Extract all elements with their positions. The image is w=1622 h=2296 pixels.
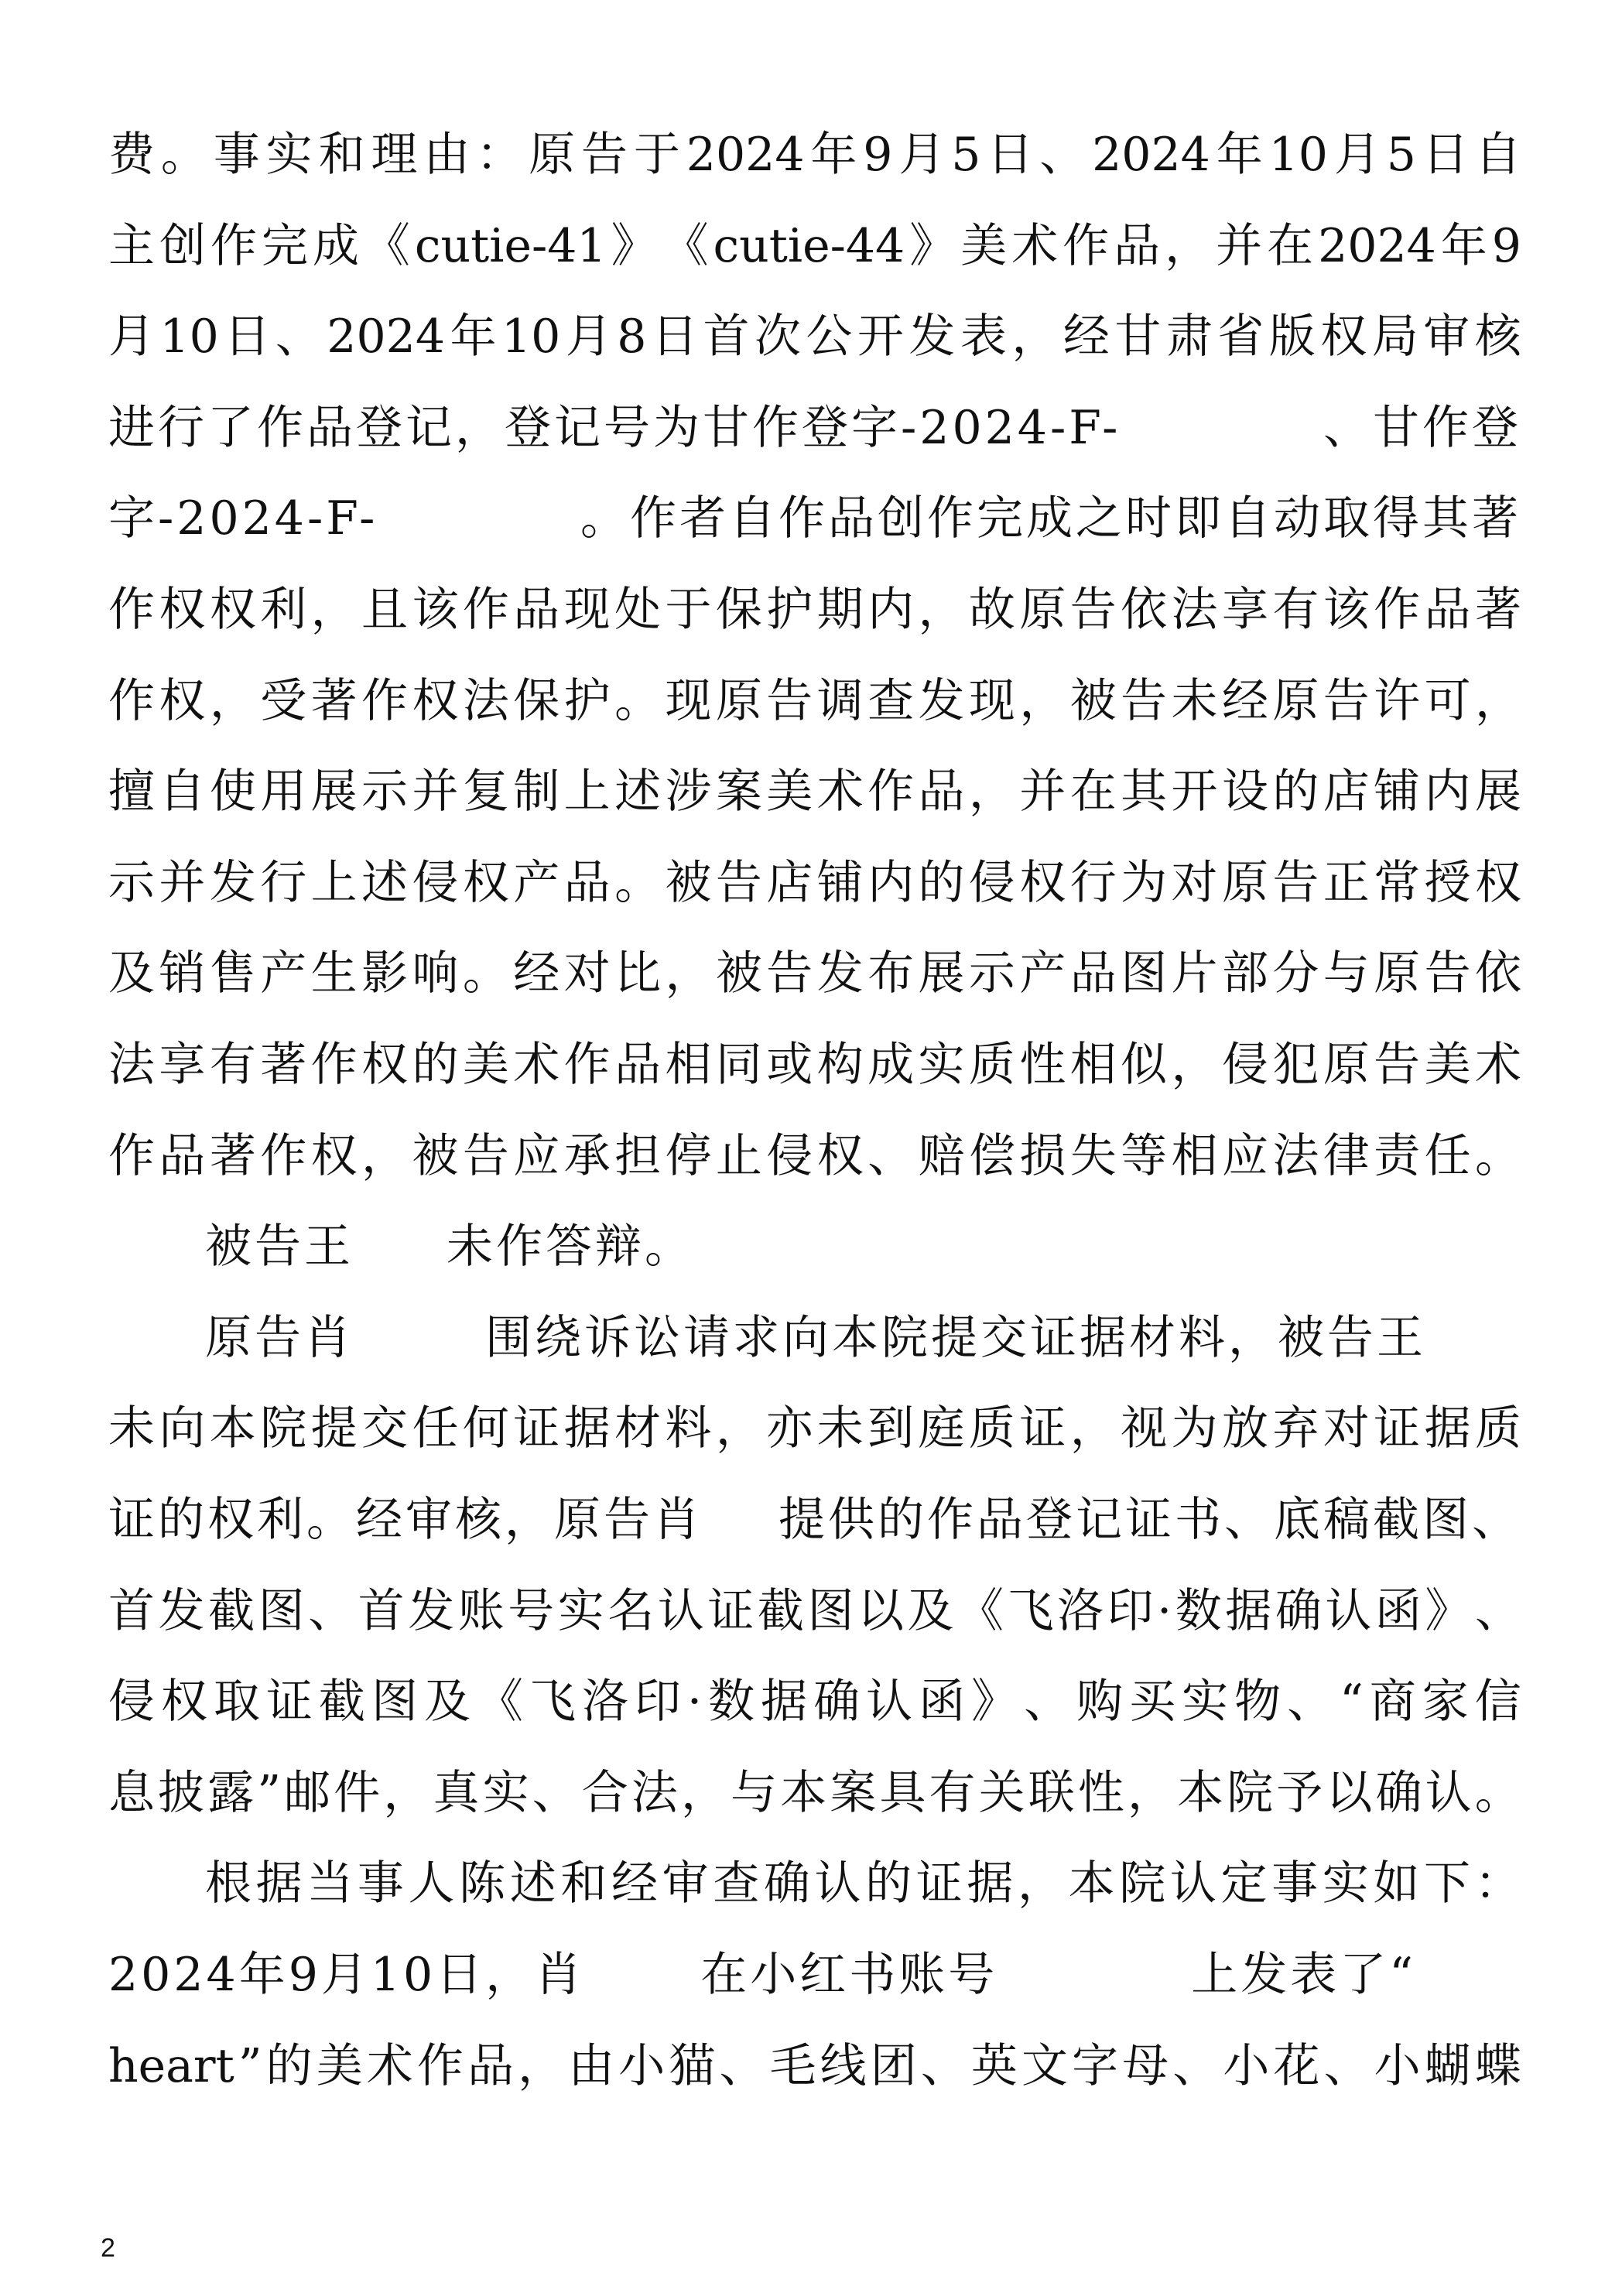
text-glyph: 的 bbox=[865, 1853, 912, 1914]
text-glyph: · bbox=[687, 1671, 702, 1733]
text-glyph: 权 bbox=[361, 1034, 408, 1096]
text-glyph: 授 bbox=[1425, 852, 1471, 914]
text-glyph: 任 bbox=[412, 1398, 458, 1459]
text-glyph: 版 bbox=[1269, 306, 1316, 368]
text-glyph: 交 bbox=[361, 1398, 408, 1459]
text-glyph: ， bbox=[383, 1762, 429, 1824]
text-glyph: 作 bbox=[867, 761, 914, 823]
text-glyph: 据 bbox=[1225, 1580, 1271, 1642]
text-glyph: 完 bbox=[262, 215, 308, 277]
text-glyph: 材 bbox=[614, 1398, 661, 1459]
text-glyph: 洛 bbox=[582, 1671, 628, 1733]
text-glyph: 、 bbox=[532, 1762, 579, 1824]
text-glyph: 有 bbox=[929, 1762, 976, 1824]
text-glyph: 未 bbox=[1172, 670, 1218, 732]
text-glyph: ， bbox=[681, 1762, 727, 1824]
text-glyph: 》 bbox=[971, 1671, 1018, 1733]
text-glyph: 首 bbox=[703, 306, 749, 368]
text-segment: 提供的作品登记证书、底稿截图、 bbox=[778, 1489, 1521, 1551]
text-glyph: 术 bbox=[367, 2035, 413, 2097]
text-glyph: 日 bbox=[652, 306, 698, 368]
text-glyph: 失 bbox=[1070, 1125, 1117, 1187]
text-glyph: 猫 bbox=[669, 2035, 715, 2097]
text-glyph: 自 bbox=[1475, 124, 1521, 186]
text-glyph: 5 bbox=[951, 124, 980, 186]
text-glyph: 2024 bbox=[327, 306, 445, 368]
text-glyph: 9 bbox=[1492, 215, 1521, 277]
text-glyph: 月 bbox=[898, 124, 945, 186]
text-glyph: 告 bbox=[1425, 943, 1471, 1004]
text-glyph: 本 bbox=[1177, 1762, 1223, 1824]
text-glyph: 确 bbox=[764, 1853, 810, 1914]
text-glyph: 次 bbox=[755, 306, 801, 368]
text-glyph: 构 bbox=[817, 1034, 864, 1096]
text-glyph: ” bbox=[257, 1762, 281, 1824]
text-glyph: 为 bbox=[1172, 1398, 1218, 1459]
text-glyph: 作 bbox=[361, 670, 408, 732]
text-glyph: 作 bbox=[108, 579, 155, 641]
text-glyph: 认 bbox=[866, 1671, 912, 1733]
text-glyph: 告 bbox=[581, 124, 628, 186]
text-glyph: 偿 bbox=[969, 1125, 1015, 1187]
text-glyph: 图 bbox=[371, 1671, 418, 1733]
text-glyph: 发 bbox=[919, 670, 965, 732]
text-glyph: 作 bbox=[417, 2035, 464, 2097]
text-glyph: 庭 bbox=[919, 1398, 965, 1459]
text-glyph: 作 bbox=[210, 215, 257, 277]
text-glyph: 《 bbox=[477, 1671, 523, 1733]
text-glyph: cutie-41 bbox=[415, 215, 607, 277]
text-glyph: 首 bbox=[108, 1580, 155, 1642]
text-glyph: 质 bbox=[969, 1398, 1015, 1459]
text-glyph: 发 bbox=[210, 852, 256, 914]
text-glyph: 商 bbox=[1370, 1671, 1416, 1733]
text-glyph: 成 bbox=[867, 1034, 914, 1096]
text-glyph: 字 bbox=[1072, 2035, 1118, 2097]
text-glyph: 发 bbox=[408, 1580, 454, 1642]
text-glyph: 取 bbox=[214, 1671, 260, 1733]
text-glyph: 名 bbox=[607, 1580, 654, 1642]
text-glyph: 自 bbox=[159, 761, 205, 823]
text-glyph: 法 bbox=[108, 1034, 155, 1096]
text-glyph: 月 bbox=[566, 306, 612, 368]
text-glyph: 告 bbox=[716, 852, 762, 914]
text-glyph: 展 bbox=[311, 761, 358, 823]
text-glyph: 开 bbox=[857, 306, 904, 368]
text-glyph: 省 bbox=[1217, 306, 1264, 368]
text-glyph: 片 bbox=[1172, 943, 1218, 1004]
text-glyph: 认 bbox=[815, 1853, 861, 1914]
text-glyph: 在 bbox=[1070, 761, 1117, 823]
text-glyph: 理 bbox=[371, 124, 417, 186]
text-glyph: 于 bbox=[634, 124, 680, 186]
text-glyph: 2024 bbox=[686, 124, 805, 186]
text-glyph: 或 bbox=[766, 1034, 813, 1096]
text-glyph: 其 bbox=[1121, 761, 1167, 823]
text-glyph: 实 bbox=[483, 1762, 529, 1824]
text-glyph: ， bbox=[1475, 670, 1521, 732]
text-glyph: 《 bbox=[662, 215, 709, 277]
text-glyph: 院 bbox=[1227, 1762, 1273, 1824]
text-glyph: 作 bbox=[1374, 579, 1420, 641]
text-line: 月10日、2024年10月8日首次公开发表，经甘肃省版权局审核 bbox=[108, 306, 1521, 368]
text-glyph: 。 bbox=[1475, 1762, 1521, 1824]
text-glyph: 表 bbox=[960, 306, 1007, 368]
text-glyph: 予 bbox=[1276, 1762, 1323, 1824]
text-glyph: 权 bbox=[311, 1125, 358, 1187]
text-glyph: 品 bbox=[467, 2035, 514, 2097]
text-glyph: 内 bbox=[867, 852, 914, 914]
text-segment: 原告肖 bbox=[205, 1307, 354, 1369]
text-glyph: 被 bbox=[716, 943, 762, 1004]
text-glyph: 品 bbox=[614, 1034, 661, 1096]
text-glyph: 发 bbox=[817, 943, 864, 1004]
text-glyph: 洛 bbox=[1057, 1580, 1104, 1642]
text-glyph: 数 bbox=[1175, 1580, 1222, 1642]
text-glyph: 查 bbox=[867, 670, 914, 732]
text-glyph: 告 bbox=[1272, 852, 1319, 914]
text-glyph: 经 bbox=[611, 1853, 658, 1914]
text-glyph: 事 bbox=[358, 1853, 404, 1914]
text-segment: 、甘作登 bbox=[1323, 397, 1521, 459]
text-glyph: 何 bbox=[463, 1398, 509, 1459]
text-glyph: 证 bbox=[1374, 1398, 1420, 1459]
text-glyph: 示 bbox=[361, 761, 408, 823]
text-glyph: · bbox=[1157, 1580, 1172, 1642]
text-glyph: 证 bbox=[916, 1853, 963, 1914]
text-glyph: 以 bbox=[1326, 1762, 1372, 1824]
text-glyph: 品 bbox=[919, 761, 965, 823]
text-glyph: 本 bbox=[210, 1398, 256, 1459]
text-glyph: ， bbox=[919, 579, 965, 641]
text-glyph: 述 bbox=[510, 1853, 556, 1914]
text-glyph: 作 bbox=[108, 1125, 155, 1187]
text-glyph: 并 bbox=[1216, 215, 1262, 277]
text-glyph: 、 bbox=[1475, 1580, 1521, 1642]
text-glyph: 告 bbox=[1323, 670, 1370, 732]
page-number: 2 bbox=[101, 2233, 115, 2263]
text-line: 2024年9月10日，肖在小红书账号上发表了“ bbox=[108, 1944, 1521, 2006]
text-glyph: 任 bbox=[1425, 1125, 1471, 1187]
text-glyph: 著 bbox=[311, 670, 358, 732]
text-glyph: 成 bbox=[313, 215, 359, 277]
text-glyph: 公 bbox=[806, 306, 852, 368]
text-glyph: 享 bbox=[1222, 579, 1268, 641]
text-glyph: 据 bbox=[967, 1853, 1013, 1914]
text-segment: 上发表了“ bbox=[1191, 1944, 1416, 2006]
text-glyph: 性 bbox=[1078, 1762, 1124, 1824]
text-glyph: 术 bbox=[513, 1034, 559, 1096]
text-glyph: heart bbox=[108, 2035, 234, 2097]
text-glyph: 、 bbox=[1039, 124, 1086, 186]
text-glyph: 放 bbox=[1222, 1398, 1268, 1459]
text-glyph: 正 bbox=[1323, 852, 1370, 914]
text-glyph: 告 bbox=[1070, 579, 1117, 641]
text-glyph: 美 bbox=[1425, 1034, 1471, 1096]
text-glyph: 有 bbox=[210, 1034, 256, 1096]
text-glyph: 、 bbox=[275, 306, 322, 368]
text-segment: 。作者自作品创作完成之时即自动取得其著 bbox=[580, 488, 1521, 549]
text-glyph: 及 bbox=[108, 943, 155, 1004]
text-line: 原告肖围绕诉讼请求向本院提交证据材料，被告王 bbox=[205, 1307, 1521, 1369]
text-glyph: 未 bbox=[108, 1398, 155, 1459]
text-glyph: ， bbox=[518, 2035, 564, 2097]
text-glyph: 关 bbox=[979, 1762, 1025, 1824]
text-glyph: ： bbox=[476, 124, 522, 186]
text-glyph: 影 bbox=[361, 943, 408, 1004]
text-glyph: 料 bbox=[665, 1398, 711, 1459]
text-glyph: 著 bbox=[260, 1034, 306, 1096]
text-glyph: 主 bbox=[108, 215, 155, 277]
text-glyph: 行 bbox=[1070, 852, 1117, 914]
text-glyph: 店 bbox=[1323, 761, 1370, 823]
text-glyph: 的 bbox=[919, 852, 965, 914]
text-glyph: 局 bbox=[1372, 306, 1418, 368]
text-glyph: 受 bbox=[260, 670, 306, 732]
text-glyph: 首 bbox=[358, 1580, 405, 1642]
text-glyph: 定 bbox=[1221, 1853, 1268, 1914]
text-line: 擅自使用展示并复制上述涉案美术作品，并在其开设的店铺内展 bbox=[108, 761, 1521, 823]
text-glyph: 飞 bbox=[1008, 1580, 1054, 1642]
text-glyph: 担 bbox=[614, 1125, 661, 1187]
text-glyph: 及 bbox=[424, 1671, 471, 1733]
text-glyph: 年 bbox=[450, 306, 496, 368]
text-glyph: 月 bbox=[108, 306, 155, 368]
text-glyph: 铺 bbox=[1374, 761, 1420, 823]
text-glyph: 年 bbox=[1441, 215, 1487, 277]
text-glyph: “ bbox=[1340, 1671, 1364, 1733]
text-glyph: 美 bbox=[960, 215, 1007, 277]
text-glyph: 函 bbox=[1375, 1580, 1422, 1642]
text-glyph: 、 bbox=[1172, 2035, 1219, 2097]
text-glyph: 认 bbox=[1170, 1853, 1216, 1914]
text-glyph: 提 bbox=[311, 1398, 358, 1459]
text-glyph: 。 bbox=[463, 943, 509, 1004]
text-glyph: 侵 bbox=[108, 1671, 155, 1733]
text-glyph: 处 bbox=[614, 579, 661, 641]
text-glyph: 》 bbox=[909, 215, 956, 277]
text-glyph: 该 bbox=[1323, 579, 1370, 641]
text-glyph: 本 bbox=[1069, 1853, 1115, 1914]
text-glyph: 权 bbox=[463, 852, 509, 914]
text-glyph: 件 bbox=[334, 1762, 380, 1824]
text-line: 进行了作品登记，登记号为甘作登字-2024-F-、甘作登 bbox=[108, 397, 1521, 459]
text-glyph: 经 bbox=[1063, 306, 1110, 368]
text-glyph: 铺 bbox=[817, 852, 864, 914]
text-glyph: 被 bbox=[665, 852, 711, 914]
text-glyph: 号 bbox=[508, 1580, 554, 1642]
text-glyph: 10 bbox=[501, 306, 560, 368]
text-glyph: 、 bbox=[308, 1580, 354, 1642]
text-glyph: 费 bbox=[108, 124, 155, 186]
text-glyph: 创 bbox=[159, 215, 206, 277]
text-glyph: 产 bbox=[513, 852, 559, 914]
text-line: 被告王未作答辩。 bbox=[205, 1216, 1521, 1278]
text-glyph: 复 bbox=[463, 761, 509, 823]
text-glyph: 院 bbox=[260, 1398, 306, 1459]
text-glyph: 内 bbox=[1425, 761, 1471, 823]
text-glyph: 似 bbox=[1121, 1034, 1167, 1096]
text-glyph: 销 bbox=[159, 943, 205, 1004]
text-glyph: 售 bbox=[210, 943, 256, 1004]
text-glyph: 利 bbox=[260, 579, 306, 641]
text-glyph: 年 bbox=[1216, 124, 1263, 186]
text-glyph: 图 bbox=[1121, 943, 1167, 1004]
text-glyph: 英 bbox=[971, 2035, 1018, 2097]
text-glyph: 母 bbox=[1122, 2035, 1169, 2097]
text-glyph: 、 bbox=[719, 2035, 765, 2097]
text-glyph: 调 bbox=[817, 670, 864, 732]
text-glyph: 印 bbox=[635, 1671, 681, 1733]
text-glyph: 数 bbox=[708, 1671, 755, 1733]
text-glyph: 、 bbox=[921, 2035, 967, 2097]
text-glyph: 作 bbox=[311, 1034, 358, 1096]
text-glyph: 展 bbox=[1475, 761, 1521, 823]
text-line: 字-2024-F-。作者自作品创作完成之时即自动取得其著 bbox=[108, 488, 1521, 549]
text-glyph: ， bbox=[361, 1125, 408, 1187]
text-glyph: 同 bbox=[716, 1034, 762, 1096]
text-glyph: 、 bbox=[1024, 1671, 1070, 1733]
text-glyph: 告 bbox=[766, 670, 813, 732]
text-glyph: 并 bbox=[159, 852, 205, 914]
text-glyph: 小 bbox=[1223, 2035, 1269, 2097]
text-glyph: 相 bbox=[665, 1034, 711, 1096]
text-glyph: 为 bbox=[1121, 852, 1167, 914]
text-glyph: 的 bbox=[1272, 761, 1319, 823]
text-glyph: 且 bbox=[361, 579, 408, 641]
text-glyph: 作 bbox=[108, 670, 155, 732]
text-glyph: ， bbox=[1165, 215, 1211, 277]
text-glyph: 据 bbox=[1425, 1398, 1471, 1459]
text-glyph: 真 bbox=[433, 1762, 479, 1824]
text-glyph: 图 bbox=[807, 1580, 854, 1642]
text-glyph: 开 bbox=[1172, 761, 1218, 823]
text-glyph: ， bbox=[1018, 1853, 1064, 1914]
text-glyph: 花 bbox=[1273, 2035, 1319, 2097]
text-glyph: 店 bbox=[766, 852, 813, 914]
text-glyph: 院 bbox=[1119, 1853, 1165, 1914]
text-glyph: 并 bbox=[412, 761, 458, 823]
text-glyph: 品 bbox=[564, 852, 611, 914]
text-glyph: 权 bbox=[210, 579, 256, 641]
text-glyph: 比 bbox=[614, 943, 661, 1004]
text-glyph: 如 bbox=[1373, 1853, 1419, 1914]
text-glyph: ， bbox=[665, 943, 711, 1004]
text-glyph: 权 bbox=[1019, 852, 1066, 914]
text-glyph: 由 bbox=[568, 2035, 614, 2097]
text-glyph: ， bbox=[1019, 670, 1066, 732]
text-glyph: 述 bbox=[614, 761, 661, 823]
text-glyph: 2024 bbox=[1318, 215, 1436, 277]
text-glyph: 认 bbox=[1325, 1580, 1371, 1642]
text-glyph: 等 bbox=[1121, 1125, 1167, 1187]
text-glyph: 亦 bbox=[766, 1398, 813, 1459]
text-glyph: 护 bbox=[766, 579, 813, 641]
text-glyph: 相 bbox=[1172, 1125, 1218, 1187]
text-glyph: 犯 bbox=[1272, 1034, 1319, 1096]
text-glyph: ， bbox=[716, 1398, 762, 1459]
text-segment: 被告王 bbox=[205, 1216, 354, 1278]
text-glyph: ， bbox=[969, 761, 1015, 823]
text-glyph: 示 bbox=[108, 852, 155, 914]
text-glyph: 在 bbox=[1267, 215, 1313, 277]
text-glyph: 》 bbox=[1425, 1580, 1471, 1642]
text-line: 作权，受著作权法保护。现原告调查发现，被告未经原告许可， bbox=[108, 670, 1521, 732]
text-glyph: 由 bbox=[423, 124, 470, 186]
text-glyph: 确 bbox=[1376, 1762, 1422, 1824]
text-glyph: 。 bbox=[1475, 1125, 1521, 1187]
text-glyph: 与 bbox=[731, 1762, 777, 1824]
text-glyph: 被 bbox=[412, 1125, 458, 1187]
text-glyph: 承 bbox=[564, 1125, 611, 1187]
text-glyph: 截 bbox=[208, 1580, 255, 1642]
text-glyph: 美 bbox=[317, 2035, 363, 2097]
text-glyph: 法 bbox=[1172, 579, 1218, 641]
text-glyph: 现 bbox=[969, 670, 1015, 732]
text-glyph: 部 bbox=[1222, 943, 1268, 1004]
text-line: 示并发行上述侵权产品。被告店铺内的侵权行为对原告正常授权 bbox=[108, 852, 1521, 914]
text-glyph: 权 bbox=[1320, 306, 1367, 368]
text-glyph: 作 bbox=[260, 1125, 306, 1187]
text-glyph: 的 bbox=[266, 2035, 313, 2097]
text-glyph: 合 bbox=[582, 1762, 628, 1824]
text-glyph: 和 bbox=[319, 124, 365, 186]
text-glyph: 侵 bbox=[412, 852, 458, 914]
text-glyph: 案 bbox=[716, 761, 762, 823]
text-segment: 未作答辩。 bbox=[447, 1216, 694, 1278]
text-glyph: 实 bbox=[1182, 1671, 1228, 1733]
text-glyph: 故 bbox=[969, 579, 1015, 641]
text-glyph: 、 bbox=[1287, 1671, 1333, 1733]
text-segment: 证的权利。经审核，原告肖 bbox=[108, 1489, 703, 1551]
text-glyph: 证 bbox=[707, 1580, 754, 1642]
text-glyph: 联 bbox=[1028, 1762, 1075, 1824]
text-glyph: 证 bbox=[1019, 1398, 1066, 1459]
text-glyph: 认 bbox=[658, 1580, 704, 1642]
text-glyph: 文 bbox=[1021, 2035, 1068, 2097]
text-glyph: 。 bbox=[161, 124, 207, 186]
text-glyph: 年 bbox=[810, 124, 857, 186]
text-glyph: 性 bbox=[1019, 1034, 1066, 1096]
text-glyph: 告 bbox=[463, 1125, 509, 1187]
text-glyph: 述 bbox=[361, 852, 408, 914]
text-glyph: 、 bbox=[1324, 2035, 1370, 2097]
text-glyph: 生 bbox=[311, 943, 358, 1004]
text-glyph: 对 bbox=[564, 943, 611, 1004]
text-glyph: 行 bbox=[260, 852, 306, 914]
text-glyph: 信 bbox=[1475, 1671, 1521, 1733]
text-glyph: 9 bbox=[863, 124, 892, 186]
text-glyph: 。 bbox=[614, 670, 661, 732]
text-glyph: 经 bbox=[1222, 670, 1268, 732]
text-glyph: 对 bbox=[1323, 1398, 1370, 1459]
text-glyph: 的 bbox=[412, 1034, 458, 1096]
text-glyph: 蝶 bbox=[1475, 2035, 1521, 2097]
text-glyph: 用 bbox=[260, 761, 306, 823]
text-glyph: 息 bbox=[108, 1762, 155, 1824]
text-glyph: 上 bbox=[311, 852, 358, 914]
text-glyph: 告 bbox=[766, 943, 813, 1004]
text-glyph: 发 bbox=[909, 306, 955, 368]
text-glyph: 使 bbox=[210, 761, 256, 823]
text-glyph: 权 bbox=[161, 1671, 207, 1733]
text-glyph: 事 bbox=[214, 124, 260, 186]
text-glyph: 原 bbox=[1272, 670, 1319, 732]
text-glyph: ， bbox=[311, 579, 358, 641]
text-line: 首发截图、首发账号实名认证截图以及《飞洛印·数据确认函》、 bbox=[108, 1580, 1521, 1642]
text-glyph: 认 bbox=[1425, 1762, 1472, 1824]
text-glyph: 具 bbox=[879, 1762, 926, 1824]
